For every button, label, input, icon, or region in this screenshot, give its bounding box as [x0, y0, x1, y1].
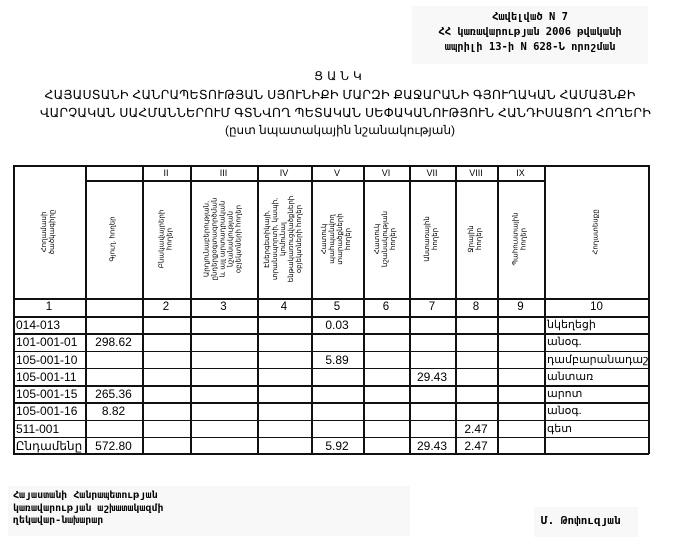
column-number: 1 — [13, 299, 85, 315]
column-header-label: Արդյունաբերության, ընդերքօգտագործման և ա… — [204, 198, 244, 281]
roman-header: V — [311, 166, 363, 180]
column-header-label: Գյուղ. հողեր — [110, 211, 118, 268]
table-row: 511-0012.47գետ — [13, 420, 649, 437]
roman-header: VIII — [455, 166, 497, 180]
annex-note: Հավելված N 7 ՀՀ կառավարության 2006 թվակա… — [412, 10, 648, 55]
land-type: անօգ. — [545, 333, 649, 351]
column-header-label: Անտառային հողեր — [424, 216, 440, 262]
column-number: 10 — [544, 299, 649, 315]
parcel-code: 105-001-10 — [14, 351, 86, 369]
column-number: 5 — [311, 299, 363, 315]
parcel-code: 105-001-15 — [14, 385, 86, 403]
area-value: 2.47 — [455, 420, 497, 438]
signature-position-line: կառավարության աշխատակազմի — [13, 503, 164, 516]
column-header-label: Հողատեսքը — [593, 179, 601, 284]
column-header: Հատուկ պահպանվող տարածքների հողեր — [311, 180, 363, 298]
land-type: արոտ — [545, 385, 649, 403]
area-value: 8.82 — [85, 402, 142, 420]
column-header: Էներգետիկայի, տրանսպորտի, կապի, կոմունալ… — [257, 180, 311, 298]
parcel-code: 511-001 — [14, 420, 86, 438]
signature-position-line: Հայաստանի Հանրապետության — [13, 490, 164, 503]
column-header: Անտառային հողեր — [409, 180, 455, 298]
parcel-code: 105-001-11 — [14, 368, 86, 386]
column-header-label: Ջրային հողեր — [468, 218, 484, 260]
roman-header: II — [142, 166, 190, 180]
column-header-label: Բնակավայրերի հողեր — [158, 210, 174, 269]
title-main: ՑԱՆԿ — [40, 66, 640, 86]
land-table: IIIIIIVVVIVIIVIIIIXՀողամասի ծածկագիրըԳյո… — [13, 165, 649, 454]
annex-line: Հավելված N 7 — [412, 10, 648, 25]
column-header: Հողատեսքը — [544, 165, 649, 298]
table-row: 105-001-15265.36արոտ — [13, 385, 649, 402]
total-label: Ընդամենը — [14, 437, 84, 455]
roman-header: VI — [363, 166, 409, 180]
roman-header: III — [190, 166, 257, 180]
signature-name: Մ. Թոփուզյան — [541, 514, 620, 528]
column-header-label: Էներգետիկայի, տրանսպորտի, կապի, կոմունալ… — [264, 196, 304, 282]
column-header-label: Հատուկ նշանակության հողեր — [374, 211, 398, 267]
area-value: 29.43 — [409, 368, 455, 386]
land-type: գետ — [545, 420, 649, 438]
column-number: 9 — [497, 299, 544, 315]
column-number: 8 — [455, 299, 497, 315]
area-value: 298.62 — [85, 333, 142, 351]
column-number: 6 — [363, 299, 409, 315]
total-row: Ընդամենը572.805.9229.432.47 — [13, 437, 649, 454]
area-value: 572.80 — [85, 437, 142, 455]
roman-header: IV — [257, 166, 311, 180]
column-header: Արդյունաբերության, ընդերքօգտագործման և ա… — [190, 180, 257, 298]
parcel-code: 014-013 — [14, 316, 86, 334]
annex-line: ՀՀ կառավարության 2006 թվականի — [412, 25, 648, 40]
column-header: Հատուկ նշանակության հողեր — [363, 180, 409, 298]
title-note: (ըստ նպատակային նշանակության) — [40, 122, 640, 138]
column-header: Պահուստային հողեր — [497, 180, 544, 298]
land-type: անօգ. — [545, 402, 649, 420]
land-type: անտառ — [545, 368, 649, 386]
roman-header: IX — [497, 166, 544, 180]
signature-position-line: ղեկավար-նախարար — [13, 515, 164, 528]
document-title: ՑԱՆԿ ՀԱՅԱՍՏԱՆԻ ՀԱՆՐԱՊԵՏՈՒԹՅԱՆ ՍՅՈՒՆԻՔԻ Մ… — [40, 62, 640, 138]
area-value: 265.36 — [85, 385, 142, 403]
area-value: 0.03 — [311, 316, 363, 334]
column-number: 7 — [409, 299, 455, 315]
area-value: 5.92 — [311, 437, 363, 455]
annex-line: ապրիլի 13-ի N 628-Ն որոշման — [412, 40, 648, 55]
parcel-code: 101-001-01 — [14, 333, 86, 351]
table-row: 105-001-168.82անօգ. — [13, 402, 649, 419]
title-line-1: ՀԱՅԱՍՏԱՆԻ ՀԱՆՐԱՊԵՏՈՒԹՅԱՆ ՍՅՈՒՆԻՔԻ ՄԱՐԶԻ … — [40, 86, 640, 104]
table-row: 105-001-105.89դամբարանադաշտ — [13, 351, 649, 368]
column-header: Բնակավայրերի հողեր — [142, 180, 190, 298]
area-value: 2.47 — [455, 437, 497, 455]
roman-header: VII — [409, 166, 455, 180]
column-number: 2 — [142, 299, 190, 315]
area-value: 5.89 — [311, 351, 363, 369]
area-value: 29.43 — [409, 437, 455, 455]
column-number: 3 — [190, 299, 257, 315]
parcel-code: 105-001-16 — [14, 402, 86, 420]
column-header: Ջրային հողեր — [455, 180, 497, 298]
column-number: 4 — [257, 299, 311, 315]
signature-position: Հայաստանի Հանրապետության կառավարության ա… — [13, 490, 164, 528]
title-line-2: ՎԱՐՉԱԿԱՆ ՍԱՀՄԱՆՆԵՐՈՒՄ ԳՏՆՎՈՂ ՊԵՏԱԿԱՆ ՍԵՓ… — [40, 104, 640, 122]
land-type: դամբարանադաշտ — [545, 351, 649, 369]
table-row: 014-0130.03նկեղեցի — [13, 316, 649, 333]
column-header-label: Հողամասի ծածկագիրը — [41, 196, 57, 268]
table-row: 105-001-1129.43անտառ — [13, 368, 649, 385]
column-header: Հողամասի ծածկագիրը — [13, 165, 85, 298]
column-header-label: Հատուկ պահպանվող տարածքների հողեր — [321, 213, 353, 265]
column-header: Գյուղ. հողեր — [85, 180, 142, 298]
land-type: նկեղեցի — [545, 316, 649, 334]
column-header-label: Պահուստային հողեր — [513, 212, 529, 265]
table-row: 101-001-01298.62անօգ. — [13, 333, 649, 350]
